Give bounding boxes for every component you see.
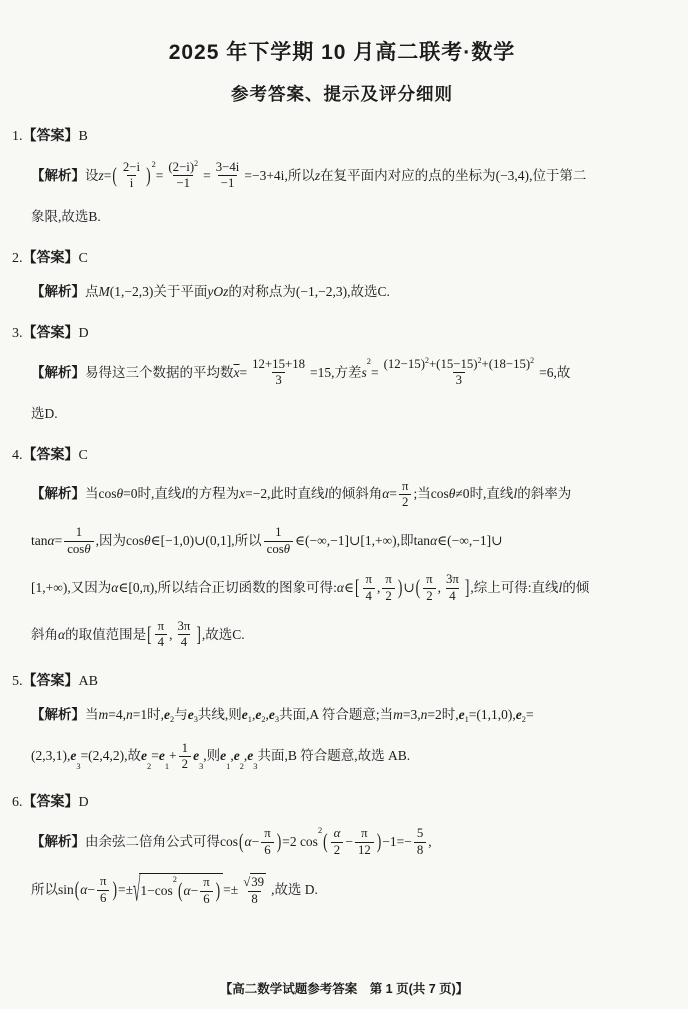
math-roman: ∈[−1,0)∪(0,1] — [151, 531, 232, 551]
answer-label: 【答案】 — [23, 324, 79, 340]
solution-line: 【解析】设 z=(2−ii)2=(2−i)2−1=3−4i−1=−3+4i,所以… — [12, 160, 672, 192]
square-root: √39 — [243, 873, 266, 890]
fraction-numerator: π — [358, 826, 370, 841]
fraction-numerator: (12−15)2+(15−15)2+(18−15)2 — [381, 357, 538, 372]
text-run: 与 — [174, 705, 188, 725]
solution-line: 【解析】当 cosθ=0 时,直线 l 的方程为 x=−2,此时直线 l 的倾斜… — [12, 479, 672, 511]
math-roman: D. — [45, 404, 58, 424]
big-paren: ( — [111, 160, 118, 191]
math-roman: = — [151, 746, 159, 766]
fraction: π12 — [355, 826, 374, 858]
text-run: 所以 — [31, 880, 58, 900]
math-roman: (2,3,1), — [31, 746, 70, 766]
answer-label: 【答案】 — [23, 793, 79, 809]
math-italic: yOz — [207, 282, 228, 302]
math-roman: =0 — [123, 484, 137, 504]
math-italic: α — [48, 531, 55, 551]
problem-number: 5. — [12, 674, 23, 689]
text-run: 点 — [85, 282, 99, 302]
fraction-numerator: 12+15+18 — [249, 357, 308, 372]
bold-label: 【解析】 — [31, 282, 85, 302]
text-run: π — [264, 826, 270, 841]
page-subtitle: 参考答案、提示及评分细则 — [12, 81, 672, 106]
fraction: 1cosθ — [64, 525, 93, 557]
fraction: π2 — [399, 479, 411, 511]
math-roman: =(1,1,0), — [469, 705, 516, 725]
text-run: 8 — [417, 843, 423, 858]
math-roman: = — [526, 705, 534, 725]
fraction: 1cosθ — [264, 525, 293, 557]
text-run: 的取值范围是 — [65, 625, 146, 645]
math-roman: −1=− — [382, 832, 412, 852]
big-paren: ) — [145, 160, 152, 191]
math-roman: =−3+4i — [244, 166, 284, 186]
superscript: 2 — [194, 159, 198, 169]
math-roman: C. — [232, 625, 244, 645]
math-roman: − — [252, 832, 260, 852]
fraction: π2 — [423, 572, 435, 604]
text-run: π — [203, 875, 209, 890]
math-roman: ∈(−∞,−1]∪[1,+∞) — [295, 531, 397, 551]
big-paren: ] — [464, 572, 471, 603]
math-italic: θ — [284, 542, 290, 557]
text-run: 由余弦二倍角公式可得 — [85, 832, 220, 852]
page-title: 2025 年下学期 10 月高二联考·数学 — [12, 36, 672, 66]
fraction-numerator: π — [363, 572, 375, 587]
text-run: ,所以 — [231, 531, 261, 551]
text-run: 3π — [177, 619, 190, 634]
problem-number: 4. — [12, 448, 23, 463]
answer-value: D — [79, 795, 89, 810]
solution-line: 【解析】由余弦二倍角公式可得 cos(α−π6)=2 cos2(α2−π12)−… — [12, 826, 672, 858]
fraction-denominator: 4 — [446, 588, 458, 604]
fraction: π6 — [261, 826, 273, 858]
fraction-denominator: 12 — [355, 842, 374, 858]
text-run: 6 — [264, 843, 270, 858]
fraction: 3−4i−1 — [213, 160, 243, 192]
math-roman: cos — [220, 832, 238, 852]
text-run: 2 — [426, 589, 432, 604]
text-run: 5 — [417, 826, 423, 841]
fraction-denominator: cosθ — [264, 541, 293, 557]
text-run: 时, — [442, 705, 459, 725]
text-run: 共线,则 — [198, 705, 242, 725]
problem-number: 1. — [12, 129, 23, 144]
fraction-numerator: π — [423, 572, 435, 587]
math-roman: cos — [67, 542, 84, 557]
math-roman: =2 cos — [282, 832, 318, 852]
text-run: 4 — [181, 635, 187, 650]
math-italic: θ — [84, 542, 90, 557]
text-run: 1 — [182, 741, 188, 756]
math-italic: α — [334, 826, 341, 841]
text-run: 2 — [334, 843, 340, 858]
answer-line: 4.【答案】C — [12, 444, 672, 464]
fraction-denominator: 4 — [155, 634, 167, 650]
bold-label: 【解析】 — [31, 705, 85, 725]
fraction-numerator: 1 — [272, 525, 284, 540]
math-roman: sin — [58, 880, 74, 900]
superscript: 2 — [530, 356, 534, 366]
math-roman: =15 — [310, 363, 331, 383]
answer-label: 【答案】 — [23, 446, 79, 462]
fraction-numerator: π — [200, 875, 212, 890]
math-roman: cos — [431, 484, 449, 504]
text-run: π — [402, 479, 408, 494]
radical-icon: √ — [243, 876, 250, 889]
math-roman: ≠0 — [455, 484, 469, 504]
answer-label: 【答案】 — [23, 249, 79, 265]
fraction: 2−ii — [120, 160, 143, 192]
math-roman: =−2 — [245, 484, 267, 504]
bold-label: 【解析】 — [31, 832, 85, 852]
big-paren: ( — [238, 826, 245, 857]
big-paren: [ — [146, 619, 153, 650]
problem-block: 6.【答案】D【解析】由余弦二倍角公式可得 cos(α−π6)=2 cos2(α… — [12, 791, 672, 907]
text-run: ;当 — [413, 484, 430, 504]
math-roman: ∪ — [403, 578, 414, 598]
big-paren: ) — [376, 826, 383, 857]
answer-line: 1.【答案】B — [12, 125, 672, 145]
big-paren: ( — [177, 875, 184, 906]
text-run: 易得这三个数据的平均数 — [85, 363, 234, 383]
big-paren: ( — [322, 826, 329, 857]
text-run: ,所以结合正切函数的图象可得: — [154, 578, 337, 598]
fraction-denominator: 2 — [179, 756, 191, 772]
text-run: i — [130, 176, 134, 191]
math-italic: n — [421, 705, 428, 725]
text-run: 3 — [456, 373, 462, 388]
text-run: ,综上可得:直线 — [470, 578, 558, 598]
text-run: 2 — [194, 159, 198, 168]
math-roman: , — [169, 625, 172, 645]
page-footer: 【高二数学试题参考答案 第 1 页(共 7 页)】 — [0, 979, 688, 997]
math-roman: , — [377, 578, 380, 598]
solution-line: [1,+∞),又因为 α∈[0,π),所以结合正切函数的图象可得:α∈[π4,π… — [12, 572, 672, 604]
text-run: π — [158, 619, 164, 634]
text-run: 的斜率为 — [517, 484, 571, 504]
big-paren: ) — [397, 572, 404, 603]
problem-number: 6. — [12, 795, 23, 810]
solution-line: tanα=1cosθ,因为 cosθ∈[−1,0)∪(0,1],所以 1cosθ… — [12, 525, 672, 557]
big-paren: ) — [215, 875, 222, 906]
math-roman: = — [156, 166, 164, 186]
fraction-denominator: 3 — [453, 372, 465, 388]
answer-label: 【答案】 — [23, 672, 79, 688]
math-roman: = — [55, 531, 63, 551]
fraction-numerator: π — [155, 619, 167, 634]
text-run: 的对称点为 — [228, 282, 296, 302]
solution-line: 选 D. — [12, 404, 672, 425]
fraction-numerator: 3π — [174, 619, 193, 634]
text-run: π — [385, 572, 391, 587]
text-run: 的倾斜角 — [328, 484, 382, 504]
fraction-denominator: 4 — [178, 634, 190, 650]
fraction: 58 — [414, 826, 426, 858]
fraction: α2 — [331, 826, 344, 858]
big-paren: ) — [276, 826, 283, 857]
math-roman: + — [169, 746, 177, 766]
math-roman: =2 — [427, 705, 441, 725]
math-italic: θ — [144, 531, 151, 551]
answer-value: C — [79, 448, 88, 463]
text-run: 2 — [385, 589, 391, 604]
math-roman: = — [104, 166, 112, 186]
square-root: √1−cos2(α−π6) — [133, 873, 223, 907]
text-run: 在复平面内对应的点的坐标为 — [320, 166, 496, 186]
fraction-numerator: √39 — [240, 873, 269, 890]
text-run: 3−4i — [216, 160, 240, 175]
text-run: 6 — [100, 891, 106, 906]
math-roman: (1,−2,3) — [110, 282, 154, 302]
text-run: ,故选 — [347, 282, 377, 302]
text-run: ,又因为 — [67, 578, 111, 598]
solution-line: 斜角 α 的取值范围是[π4,3π4],故选 C. — [12, 619, 672, 651]
answer-value: D — [79, 326, 89, 341]
text-run: 斜角 — [31, 625, 58, 645]
text-run: ,故 — [554, 363, 571, 383]
big-paren: ) — [111, 874, 118, 905]
text-run: 2−i — [123, 160, 140, 175]
text-run: 4 — [158, 635, 164, 650]
fraction: π6 — [97, 874, 109, 906]
fraction: 3π4 — [174, 619, 193, 651]
answer-line: 3.【答案】D — [12, 322, 672, 342]
big-paren: ( — [415, 572, 422, 603]
fraction-denominator: 2 — [382, 588, 394, 604]
fraction: √398 — [240, 873, 269, 907]
text-run: 2 — [402, 495, 408, 510]
answer-line: 5.【答案】AB — [12, 670, 672, 690]
fraction-denominator: cosθ — [64, 541, 93, 557]
math-italic: α — [111, 578, 118, 598]
bold-label: 【解析】 — [31, 484, 85, 504]
text-run: 的倾 — [562, 578, 589, 598]
problem-block: 2.【答案】C【解析】点 M(1,−2,3)关于平面 yOz 的对称点为(−1,… — [12, 247, 672, 303]
math-roman: =± — [118, 880, 133, 900]
answer-line: 2.【答案】C — [12, 247, 672, 267]
solution-line: 所以 sin(α−π6)=±√1−cos2(α−π6)=±√398,故选 D. — [12, 873, 672, 907]
text-run: 的方程为 — [185, 484, 239, 504]
math-italic: θ — [117, 484, 124, 504]
fraction-numerator: α — [331, 826, 344, 841]
problem-block: 1.【答案】B【解析】设 z=(2−ii)2=(2−i)2−1=3−4i−1=−… — [12, 125, 672, 228]
text-run: −1 — [176, 176, 190, 191]
math-italic: θ — [449, 484, 456, 504]
math-roman: [1,+∞) — [31, 578, 67, 598]
text-run: ,位于第二 — [529, 166, 586, 186]
fraction-numerator: 1 — [179, 741, 191, 756]
math-roman: =4, — [108, 705, 126, 725]
math-roman: (−1,−2,3) — [296, 282, 347, 302]
text-run: ,故选 D. — [271, 880, 318, 900]
radicand: 39 — [250, 873, 266, 890]
math-roman: tan — [31, 531, 48, 551]
math-roman: ∈ — [344, 578, 354, 598]
math-roman: , — [438, 578, 441, 598]
math-roman: =6 — [539, 363, 553, 383]
fraction-numerator: π — [382, 572, 394, 587]
math-italic: α — [58, 625, 65, 645]
text-run: 3 — [275, 373, 281, 388]
math-roman: tan — [414, 531, 431, 551]
math-italic: α — [382, 484, 389, 504]
text-run: 4 — [449, 589, 455, 604]
big-paren: ( — [74, 874, 81, 905]
math-roman: (−3,4) — [496, 166, 529, 186]
fraction-numerator: 1 — [73, 525, 85, 540]
text-run: 12+15+18 — [252, 357, 305, 372]
text-run: 时, — [147, 705, 164, 725]
text-run: 共面,A 符合题意;当 — [279, 705, 393, 725]
problem-block: 5.【答案】AB【解析】当 m=4,n=1 时,e2 与 e3 共线,则 e1,… — [12, 670, 672, 773]
big-paren: ] — [195, 619, 202, 650]
math-roman: ∈(−∞,−1]∪ — [437, 531, 502, 551]
math-italic: m — [393, 705, 403, 725]
math-roman: cos — [126, 531, 144, 551]
text-run: ,故 — [124, 746, 141, 766]
text-run: 时,直线 — [470, 484, 514, 504]
fraction-denominator: 6 — [261, 842, 273, 858]
bold-label: 【解析】 — [31, 166, 85, 186]
text-run: 2 — [182, 757, 188, 772]
text-run: ,故选 — [202, 625, 232, 645]
math-roman: ∈[0,π) — [118, 578, 154, 598]
math-italic: α — [80, 880, 87, 900]
fraction-numerator: 5 — [414, 826, 426, 841]
text-run: 选 — [31, 404, 45, 424]
problem-block: 3.【答案】D【解析】易得这三个数据的平均数 x=12+15+183=15,方差… — [12, 322, 672, 425]
math-roman: cos — [99, 484, 117, 504]
answer-key-page: 2025 年下学期 10 月高二联考·数学 参考答案、提示及评分细则 1.【答案… — [0, 0, 688, 1009]
fraction-denominator: 2 — [399, 494, 411, 510]
text-run: ,方差 — [331, 363, 361, 383]
fraction-denominator: 3 — [272, 372, 284, 388]
fraction-numerator: (2−i)2 — [165, 160, 201, 175]
text-run: 6 — [203, 892, 209, 907]
text-run: (2−i) — [168, 160, 194, 175]
fraction-denominator: −1 — [173, 175, 193, 191]
bold-label: 【解析】 — [31, 363, 85, 383]
solution-line: 【解析】当 m=4,n=1 时,e2 与 e3 共线,则 e1,e2,e3 共面… — [12, 705, 672, 726]
text-run: 3π — [446, 572, 459, 587]
math-roman: = — [389, 484, 397, 504]
text-run: , — [428, 832, 431, 852]
text-run: 象限,故选 — [31, 207, 88, 227]
solution-line: 【解析】易得这三个数据的平均数 x=12+15+183=15,方差 s2=(12… — [12, 357, 672, 389]
math-roman: C. — [377, 282, 389, 302]
radicand: 1−cos2(α−π6) — [139, 873, 223, 907]
fraction-denominator: −1 — [218, 175, 238, 191]
solution-line: 【解析】点 M(1,−2,3)关于平面 yOz 的对称点为(−1,−2,3),故… — [12, 282, 672, 303]
math-roman: − — [87, 880, 95, 900]
answer-label: 【答案】 — [23, 127, 79, 143]
math-roman: =(2,4,2) — [81, 746, 125, 766]
fraction-denominator: 8 — [414, 842, 426, 858]
answer-value: C — [79, 251, 88, 266]
fraction-denominator: 2 — [331, 842, 343, 858]
text-run: π — [366, 572, 372, 587]
text-run: 当 — [85, 705, 99, 725]
fraction-numerator: π — [97, 874, 109, 889]
text-run: π — [361, 826, 367, 841]
fraction-denominator: 6 — [97, 890, 109, 906]
text-run: 1 — [76, 525, 82, 540]
math-roman: =3, — [403, 705, 421, 725]
fraction: π6 — [200, 875, 212, 907]
text-run: ,此时直线 — [267, 484, 324, 504]
math-italic: m — [99, 705, 109, 725]
math-roman: =± — [223, 880, 238, 900]
text-run: ,所以 — [284, 166, 314, 186]
text-run: 当 — [85, 484, 99, 504]
fraction-numerator: π — [399, 479, 411, 494]
math-roman: − — [191, 881, 199, 901]
fraction: 12 — [179, 741, 191, 773]
fraction-numerator: π — [261, 826, 273, 841]
fraction-denominator: i — [127, 175, 137, 191]
text-run: (12−15) — [384, 357, 425, 372]
math-roman: = — [240, 363, 248, 383]
problem-block: 4.【答案】C【解析】当 cosθ=0 时,直线 l 的方程为 x=−2,此时直… — [12, 444, 672, 651]
text-run: +(18−15) — [482, 357, 531, 372]
math-roman: cos — [267, 542, 284, 557]
fraction-numerator: 3π — [443, 572, 462, 587]
math-italic: M — [99, 282, 110, 302]
text-run: 1 — [275, 525, 281, 540]
fraction-numerator: 2−i — [120, 160, 143, 175]
math-italic: α — [430, 531, 437, 551]
text-run: 12 — [358, 843, 371, 858]
text-run: ,即 — [397, 531, 414, 551]
math-italic: α — [183, 881, 190, 901]
radical-icon: √ — [133, 873, 140, 907]
math-roman: =1 — [133, 705, 147, 725]
fraction: π4 — [363, 572, 375, 604]
answers-list: 1.【答案】B【解析】设 z=(2−ii)2=(2−i)2−1=3−4i−1=−… — [12, 125, 672, 907]
fraction: π2 — [382, 572, 394, 604]
solution-line: 象限,故选 B. — [12, 207, 672, 228]
text-run: 时,直线 — [138, 484, 182, 504]
answer-value: B — [79, 129, 88, 144]
fraction-denominator: 4 — [363, 588, 375, 604]
text-run: π — [426, 572, 432, 587]
math-roman: = — [203, 166, 211, 186]
fraction-denominator: 8 — [248, 891, 260, 907]
math-roman: = — [371, 363, 379, 383]
text-run: 8 — [251, 892, 257, 907]
solution-line: (2,3,1),e3=(2,4,2),故 e2=e1+12e3,则 e1,e2,… — [12, 741, 672, 773]
answer-value: AB — [79, 674, 98, 689]
fraction: (2−i)2−1 — [165, 160, 201, 192]
fraction: π4 — [155, 619, 167, 651]
text-run: 2 — [530, 356, 534, 365]
text-run: −1 — [221, 176, 235, 191]
fraction: 3π4 — [443, 572, 462, 604]
text-run: 共面,B 符合题意,故选 AB. — [257, 746, 410, 766]
problem-number: 2. — [12, 251, 23, 266]
fraction: (12−15)2+(15−15)2+(18−15)23 — [381, 357, 538, 389]
math-italic: α — [245, 832, 252, 852]
text-run: 4 — [366, 589, 372, 604]
math-roman: − — [345, 832, 353, 852]
text-run: π — [100, 874, 106, 889]
math-roman: 1−cos — [140, 881, 172, 901]
text-run: 设 — [85, 166, 99, 186]
text-run: +(15−15) — [429, 357, 478, 372]
big-paren: [ — [354, 572, 361, 603]
text-run: 39 — [251, 875, 264, 890]
